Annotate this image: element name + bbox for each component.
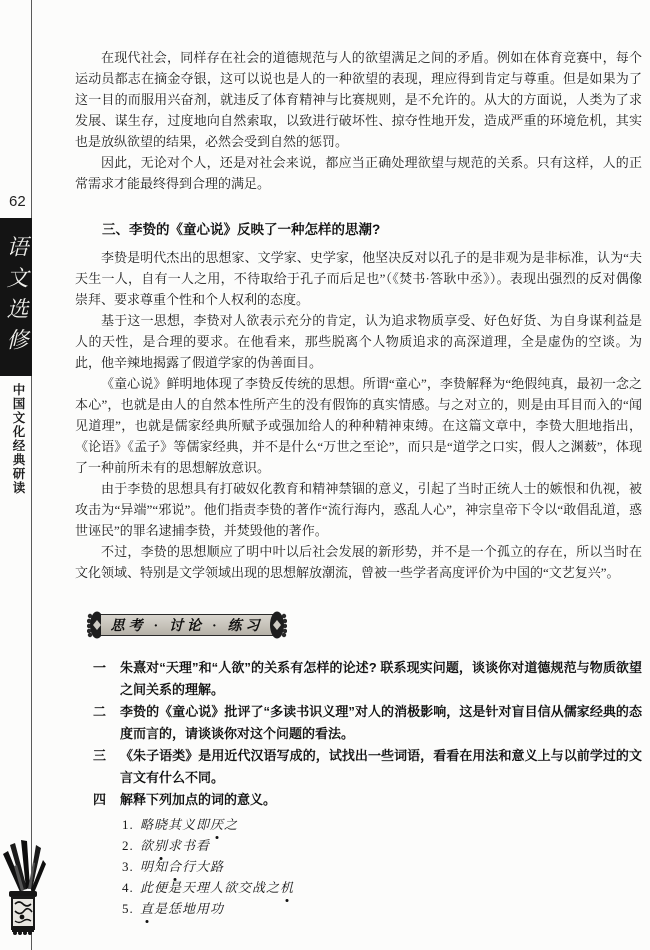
sidebar-vertical-rule — [31, 0, 32, 950]
exercise-text: 朱熹对“天理”和“人欲”的关系有怎样的论述? 联系现实问题，谈谈你对道德规范与物… — [120, 657, 642, 701]
exercise-sub-item-1: 1. 略晓其义即厌之 — [122, 814, 642, 835]
exercise-item-3: 三 《朱子语类》是用近代汉语写成的，试找出一些词语，看看在用法和意义上与以前学过… — [93, 745, 642, 789]
sub-item-text: 明知合行大路 — [140, 856, 642, 877]
exercise-sub-list: 1. 略晓其义即厌之 2. 欲别求书看 3. 明知合行大路 4. 此便是天理人欲… — [122, 814, 642, 919]
exercise-number: 四 — [93, 789, 120, 811]
banner-title: 思考 · 讨论 · 练习 — [111, 615, 264, 635]
series-title-vertical: 语文选修 — [0, 235, 32, 359]
paragraph-conclusion: 因此，无论对个人，还是对社会来说，都应当正确处理欲望与规范的关系。只有这样，人的… — [75, 152, 642, 194]
series-title-block: 语文选修 — [0, 218, 32, 376]
exercise-item-2: 二 李贽的《童心说》批评了“多读书识义理”对人的消极影响，这是针对盲目信从儒家经… — [93, 701, 642, 745]
paragraph-modern-society: 在现代社会，同样存在社会的道德规范与人的欲望满足之间的矛盾。例如在体育竞赛中，每… — [75, 47, 642, 152]
paragraph-lizhi-desire: 基于这一思想，李贽对人欲表示充分的肯定，认为追求物质享受、好色好货、为自身谋利益… — [75, 310, 642, 373]
page-number: 62 — [7, 193, 28, 210]
paragraph-lizhi-intro: 李贽是明代杰出的思想家、文学家、史学家，他坚决反对以孔子的是非观为是非标准，认为… — [75, 247, 642, 310]
exercise-item-1: 一 朱熹对“天理”和“人欲”的关系有怎样的论述? 联系现实问题，谈谈你对道德规范… — [93, 657, 642, 701]
exercise-sub-item-2: 2. 欲别求书看 — [122, 835, 642, 856]
exercise-sub-item-5: 5. 直是恁地用功 — [122, 898, 642, 919]
dotted-word: 厌 — [210, 814, 224, 835]
sub-item-number: 1. — [122, 814, 140, 835]
exercise-text: 李贽的《童心说》批评了“多读书识义理”对人的消极影响，这是针对盲目信从儒家经典的… — [120, 701, 642, 745]
dotted-word: 机 — [280, 877, 294, 898]
main-content: 在现代社会，同样存在社会的道德规范与人的欲望满足之间的矛盾。例如在体育竞赛中，每… — [75, 47, 642, 919]
exercise-text: 解释下列加点的词的意义。 — [120, 789, 642, 811]
sub-item-text: 直是恁地用功 — [140, 898, 642, 919]
exercise-sub-item-4: 4. 此便是天理人欲交战之机 — [122, 877, 642, 898]
section-heading: 三、李贽的《童心说》反映了一种怎样的思潮? — [75, 219, 642, 240]
exercise-number: 二 — [93, 701, 120, 723]
sub-item-number: 2. — [122, 835, 140, 856]
exercise-number: 三 — [93, 745, 120, 767]
exercise-sub-item-3: 3. 明知合行大路 — [122, 856, 642, 877]
exercise-list: 一 朱熹对“天理”和“人欲”的关系有怎样的论述? 联系现实问题，谈谈你对道德规范… — [93, 657, 642, 919]
banner-bar: 思考 · 讨论 · 练习 — [101, 614, 273, 636]
exercise-number: 一 — [93, 657, 120, 679]
sub-item-number: 5. — [122, 898, 140, 919]
textbook-page: 62 语文选修 中国文化经典研读 在现代社会，同样存在社会的道德规范与人的欲望满… — [0, 0, 650, 950]
exercises-banner: 思考 · 讨论 · 练习 — [87, 610, 642, 640]
sub-item-number: 3. — [122, 856, 140, 877]
brush-pot-icon — [0, 840, 46, 940]
banner-scroll-end-icon — [270, 610, 287, 640]
sidebar-subtitle-vertical: 中国文化经典研读 — [9, 383, 27, 495]
paragraph-persecution: 由于李贽的思想具有打破奴化教育和精神禁锢的意义，引起了当时正统人士的嫉恨和仇视，… — [75, 478, 642, 541]
dotted-word: 合 — [168, 856, 182, 877]
sub-item-text: 略晓其义即厌之 — [140, 814, 642, 835]
exercise-text: 《朱子语类》是用近代汉语写成的，试找出一些词语，看看在用法和意义上与以前学过的文… — [120, 745, 642, 789]
sub-item-number: 4. — [122, 877, 140, 898]
paragraph-tongxinshuo: 《童心说》鲜明地体现了李贽反传统的思想。所谓“童心”，李贽解释为“绝假纯真，最初… — [75, 373, 642, 478]
sub-item-text: 此便是天理人欲交战之机 — [140, 877, 642, 898]
dotted-word: 别 — [154, 835, 168, 856]
exercise-item-4: 四 解释下列加点的词的意义。 — [93, 789, 642, 811]
dotted-word: 直 — [140, 898, 154, 919]
paragraph-renaissance: 不过，李贽的思想顺应了明中叶以后社会发展的新形势，并不是一个孤立的存在，所以当时… — [75, 541, 642, 583]
